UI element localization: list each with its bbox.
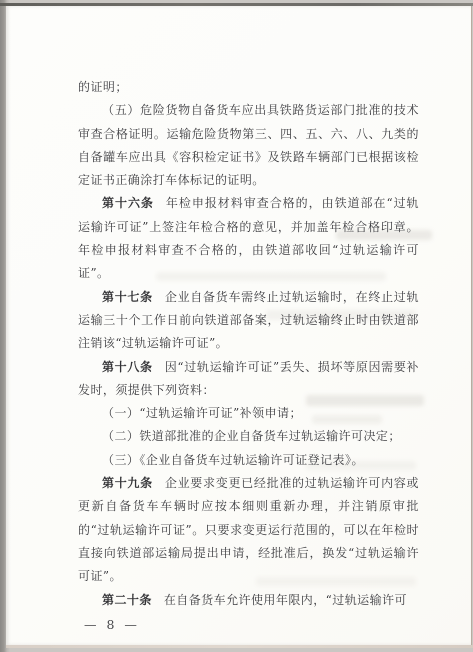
article-term: 第十六条 xyxy=(102,196,154,210)
scan-edge-bottom xyxy=(6,645,473,648)
paragraph-article-20: 第二十条在自备货车允许使用年限内，“过轨运输许可 xyxy=(78,589,419,612)
paper-sheet: 的证明； （五）危险货物自备货车应出具铁路货运部门批准的技术审查合格证明。运输危… xyxy=(6,6,472,645)
document-body: 的证明； （五）危险货物自备货车应出具铁路货运部门批准的技术审查合格证明。运输危… xyxy=(78,76,419,636)
paragraph-text: （二）铁道部批准的企业自备货车过轨运输许可决定； xyxy=(102,429,401,443)
paragraph-article-16: 第十六条年检申报材料审查合格的，由铁道部在“过轨运输许可证”上签注年检合格的意见… xyxy=(78,192,419,285)
paragraph-article-18: 第十八条因“过轨运输许可证”丢失、损坏等原因需要补发时，须提供下列资料： xyxy=(78,356,419,403)
paragraph-text: （五）危险货物自备货车应出具铁路货运部门批准的技术审查合格证明。运输危险货物第三… xyxy=(78,103,419,187)
paragraph-text: （一）“过轨运输许可证”补领申请； xyxy=(102,406,302,420)
article-term: 第十八条 xyxy=(102,360,153,374)
paragraph-text: 企业要求变更已经批准的过轨运输许可内容或更新自备货车车辆时应按本细则重新办理，并… xyxy=(78,476,419,583)
paragraph-article-17: 第十七条企业自备货车需终止过轨运输时，在终止过轨运输三十个工作日前向铁道部备案，… xyxy=(78,286,419,356)
paragraph-item-5: （五）危险货物自备货车应出具铁路货运部门批准的技术审查合格证明。运输危险货物第三… xyxy=(78,99,419,192)
paragraph-item-1: （一）“过轨运输许可证”补领申请； xyxy=(78,402,419,425)
scan-edge-top xyxy=(0,3,473,6)
paragraph-item-3: （三）《企业自备货车过轨运输许可证登记表》。 xyxy=(78,449,419,472)
article-term: 第二十条 xyxy=(102,593,152,607)
article-term: 第十九条 xyxy=(102,476,153,490)
paragraph-item-2: （二）铁道部批准的企业自备货车过轨运输许可决定； xyxy=(78,425,419,448)
paragraph-text: 在自备货车允许使用年限内，“过轨运输许可 xyxy=(164,593,407,607)
paragraph-continuation: 的证明； xyxy=(78,76,419,99)
paragraph-article-19: 第十九条企业要求变更已经批准的过轨运输许可内容或更新自备货车车辆时应按本细则重新… xyxy=(78,472,419,588)
article-term: 第十七条 xyxy=(102,290,153,304)
scanned-page: 的证明； （五）危险货物自备货车应出具铁路货运部门批准的技术审查合格证明。运输危… xyxy=(0,0,473,652)
paragraph-text: 的证明； xyxy=(78,80,128,94)
page-number: — 8 — xyxy=(84,613,419,636)
paragraph-text: （三）《企业自备货车过轨运输许可证登记表》。 xyxy=(102,453,364,467)
